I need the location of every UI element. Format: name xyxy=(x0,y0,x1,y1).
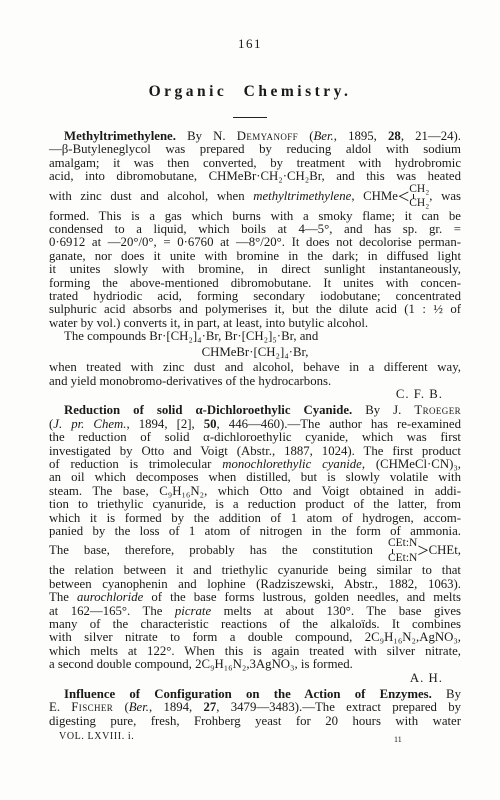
page-number: 161 xyxy=(0,36,500,52)
text-segment: The base, therefore, probably has the co… xyxy=(49,543,388,557)
text-line: amalgam; it was then converted, by treat… xyxy=(49,157,461,170)
text-line: (J. pr. Chem., 1894, [2], 50, 446—460).—… xyxy=(49,418,461,431)
text-segment: , 3479—3483).—The extract prepared by xyxy=(216,700,461,714)
text-segment: it unites slowly with bromine, in direct… xyxy=(49,262,461,276)
text-segment: ganate, nor does it unite with bromine i… xyxy=(49,249,461,263)
text-body: Methyltrimethylene. By N. Demyanoff (Ber… xyxy=(49,130,461,744)
text-segment: E. xyxy=(49,700,71,714)
text-segment: Fischer xyxy=(71,700,113,714)
text-line: CHMeBr·[CH₂]₄·Br, xyxy=(49,346,461,359)
text-segment: investigated by Otto and Voigt (Abstr., … xyxy=(49,444,461,458)
text-segment: , 1894, xyxy=(149,700,204,714)
text-line: The compounds Br·[CH₂]₄·Br, Br·[CH₂]₅·Br… xyxy=(49,330,461,343)
text-segment: water by vol.) converts it, in part, at … xyxy=(49,316,368,330)
text-segment: monochlorethylic cyanide xyxy=(222,457,362,471)
text-segment: when treated with zinc dust and alcohol,… xyxy=(49,360,461,374)
text-segment: , (CHMeCl·CN)₃, xyxy=(362,457,461,471)
text-segment: , 446—460).—The author has re-examined xyxy=(217,417,461,431)
text-line: The base, therefore, probably has the co… xyxy=(49,538,461,564)
page-footer: VOL. LXVIII. i.11 xyxy=(49,730,461,743)
text-segment: with silver nitrate to form a double com… xyxy=(49,630,461,644)
text-line: ganate, nor does it unite with bromine i… xyxy=(49,250,461,263)
volume-label: VOL. LXVIII. i. xyxy=(49,731,134,742)
text-segment: 0·6912 at —20°/0°, = 0·6760 at —8°/20°. … xyxy=(49,235,461,249)
text-line: between cyanophenin and lophine (Radzisz… xyxy=(49,578,461,591)
text-line: C. F. B. xyxy=(49,388,461,401)
journal-page: 161 Organic Chemistry. Methyltrimethylen… xyxy=(0,0,500,800)
text-segment: an oil which decomposes when distilled, … xyxy=(49,470,461,484)
angle-bracket: > xyxy=(417,540,428,562)
text-segment: picrate xyxy=(175,604,211,618)
text-segment: trated hydriodic acid, forming secondary… xyxy=(49,289,461,303)
text-line: steam. The base, C₉H₁₆N₂, which Otto and… xyxy=(49,485,461,498)
text-line: tion to triethylic cyanuride, is a reduc… xyxy=(49,498,461,511)
text-segment: tion to triethylic cyanuride, is a reduc… xyxy=(49,497,461,511)
text-line: water by vol.) converts it, in part, at … xyxy=(49,317,461,330)
text-segment: , was xyxy=(429,189,461,203)
text-segment: , 1895, xyxy=(334,129,388,143)
text-segment: Demyanoff xyxy=(237,129,298,143)
text-segment: —β-Butyleneglycol was prepared by reduci… xyxy=(49,142,461,156)
article-abstract: Methyltrimethylene. By N. Demyanoff (Ber… xyxy=(49,130,461,401)
text-segment: a second double compound, 2C₉H₁₆N₂,3AgNO… xyxy=(49,657,353,671)
text-segment: sulphuric acid absorbs and polymerises i… xyxy=(49,302,461,316)
text-segment: By xyxy=(432,687,461,701)
text-segment: By N. xyxy=(176,129,237,143)
text-segment: melts at about 130°. The base gives xyxy=(211,604,461,618)
text-segment: aurochloride xyxy=(77,590,143,604)
text-segment: , 1894, [2], xyxy=(126,417,203,431)
text-line: of reduction is trimolecular monochloret… xyxy=(49,458,461,471)
text-line: an oil which decomposes when distilled, … xyxy=(49,471,461,484)
text-segment: By J. xyxy=(352,403,414,417)
text-line: which melts at 122°. When this is again … xyxy=(49,645,461,658)
text-line: —β-Butyleneglycol was prepared by reduci… xyxy=(49,143,461,156)
text-segment: The compounds Br·[CH₂]₄·Br, Br·[CH₂]₅·Br… xyxy=(64,329,318,343)
text-segment: of reduction is trimolecular xyxy=(49,457,222,471)
text-segment: ( xyxy=(113,700,129,714)
text-line: with silver nitrate to form a double com… xyxy=(49,631,461,644)
text-segment: digesting pure, fresh, Frohberg yeast fo… xyxy=(49,714,461,728)
section-title: Organic Chemistry. xyxy=(0,83,500,101)
text-segment: at 162—165°. The xyxy=(49,604,175,618)
text-line: a second double compound, 2C₉H₁₆N₂,3AgNO… xyxy=(49,658,461,671)
text-line: A. H. xyxy=(49,672,461,685)
angle-bracket: < xyxy=(398,186,409,208)
text-segment: J. pr. Chem. xyxy=(53,417,126,431)
text-segment: A. H. xyxy=(410,671,443,685)
article-abstract: Reduction of solid α-Dichloroethylic Cya… xyxy=(49,404,461,685)
text-segment: Methyltrimethylene. xyxy=(64,129,176,143)
text-line: many of the characteristic reactions of … xyxy=(49,618,461,631)
text-segment: CHMeBr·[CH₂]₄·Br, xyxy=(202,345,309,359)
text-line: investigated by Otto and Voigt (Abstr., … xyxy=(49,445,461,458)
text-line: it unites slowly with bromine, in direct… xyxy=(49,263,461,276)
text-segment: formed. This is a gas which burns with a… xyxy=(49,209,461,223)
text-segment: condensed to a liquid, which boils at 4—… xyxy=(49,222,461,236)
text-line: acid, into dibromobutane, CHMeBr·CH₂·CH₂… xyxy=(49,170,461,183)
text-segment: between cyanophenin and lophine (Radzisz… xyxy=(49,577,461,591)
text-line: when treated with zinc dust and alcohol,… xyxy=(49,361,461,374)
text-line: 0·6912 at —20°/0°, = 0·6760 at —8°/20°. … xyxy=(49,236,461,249)
text-line: formed. This is a gas which burns with a… xyxy=(49,210,461,223)
text-segment: Ber. xyxy=(313,129,333,143)
text-segment: steam. The base, C₉H₁₆N₂, which Otto and… xyxy=(49,484,461,498)
text-segment: panied by the loss of 1 atom of nitrogen… xyxy=(49,524,461,538)
text-line: at 162—165°. The picrate melts at about … xyxy=(49,605,461,618)
text-segment: ( xyxy=(298,129,313,143)
text-line: The aurochloride of the base forms lustr… xyxy=(49,591,461,604)
signature-mark: 11 xyxy=(394,733,402,746)
text-line: Influence of Configuration on the Action… xyxy=(49,688,461,701)
text-line: and yield monobromo-derivatives of the h… xyxy=(49,375,461,388)
text-segment: , CHMe xyxy=(351,189,398,203)
text-segment: which it is formed by the addition of 1 … xyxy=(49,511,461,525)
text-segment: amalgam; it was then converted, by treat… xyxy=(49,156,461,170)
text-segment: Ber. xyxy=(129,700,149,714)
text-segment: The xyxy=(49,590,77,604)
text-segment: acid, into dibromobutane, CHMeBr·CH₂·CH₂… xyxy=(49,169,461,183)
text-segment: Influence of Configuration on the Action… xyxy=(64,687,432,701)
text-segment: of the base forms lustrous, golden needl… xyxy=(143,590,461,604)
text-segment: and yield monobromo-derivatives of the h… xyxy=(49,374,331,388)
text-line: with zinc dust and alcohol, when methylt… xyxy=(49,184,461,210)
text-line: trated hydriodic acid, forming secondary… xyxy=(49,290,461,303)
text-segment: CHEt, xyxy=(429,543,461,557)
text-segment: 28 xyxy=(388,129,401,143)
text-line: which it is formed by the addition of 1 … xyxy=(49,512,461,525)
text-line: sulphuric acid absorbs and polymerises i… xyxy=(49,303,461,316)
text-segment: the reduction of solid α-dichloroethylic… xyxy=(49,430,461,444)
text-line: forming the above-mentioned dibromobutan… xyxy=(49,277,461,290)
text-line: Reduction of solid α-Dichloroethylic Cya… xyxy=(49,404,461,417)
text-segment: , 21—24). xyxy=(401,129,461,143)
text-segment: methyltrimethylene xyxy=(253,189,351,203)
text-line: panied by the loss of 1 atom of nitrogen… xyxy=(49,525,461,538)
text-segment: many of the characteristic reactions of … xyxy=(49,617,461,631)
text-line: Methyltrimethylene. By N. Demyanoff (Ber… xyxy=(49,130,461,143)
text-segment: which melts at 122°. When this is again … xyxy=(49,644,461,658)
chemical-formula-stack: CH₂CH₂ xyxy=(409,184,429,210)
text-segment: forming the above-mentioned dibromobutan… xyxy=(49,276,461,290)
text-segment: C. F. B. xyxy=(396,387,443,401)
text-segment: 50 xyxy=(204,417,217,431)
text-line: digesting pure, fresh, Frohberg yeast fo… xyxy=(49,715,461,728)
text-line: E. Fischer (Ber., 1894, 27, 3479—3483).—… xyxy=(49,701,461,714)
text-line: condensed to a liquid, which boils at 4—… xyxy=(49,223,461,236)
text-line: the reduction of solid α-dichloroethylic… xyxy=(49,431,461,444)
text-line: the relation between it and triethylic c… xyxy=(49,564,461,577)
title-rule-divider xyxy=(233,117,267,118)
text-segment: the relation between it and triethylic c… xyxy=(49,563,461,577)
text-segment: 27 xyxy=(204,700,217,714)
text-segment: with zinc dust and alcohol, when xyxy=(49,189,253,203)
text-segment: Troeger xyxy=(414,403,461,417)
chemical-formula-stack: CEt:NCEt:N xyxy=(388,538,417,564)
text-segment: Reduction of solid α-Dichloroethylic Cya… xyxy=(64,403,352,417)
article-abstract: Influence of Configuration on the Action… xyxy=(49,688,461,728)
